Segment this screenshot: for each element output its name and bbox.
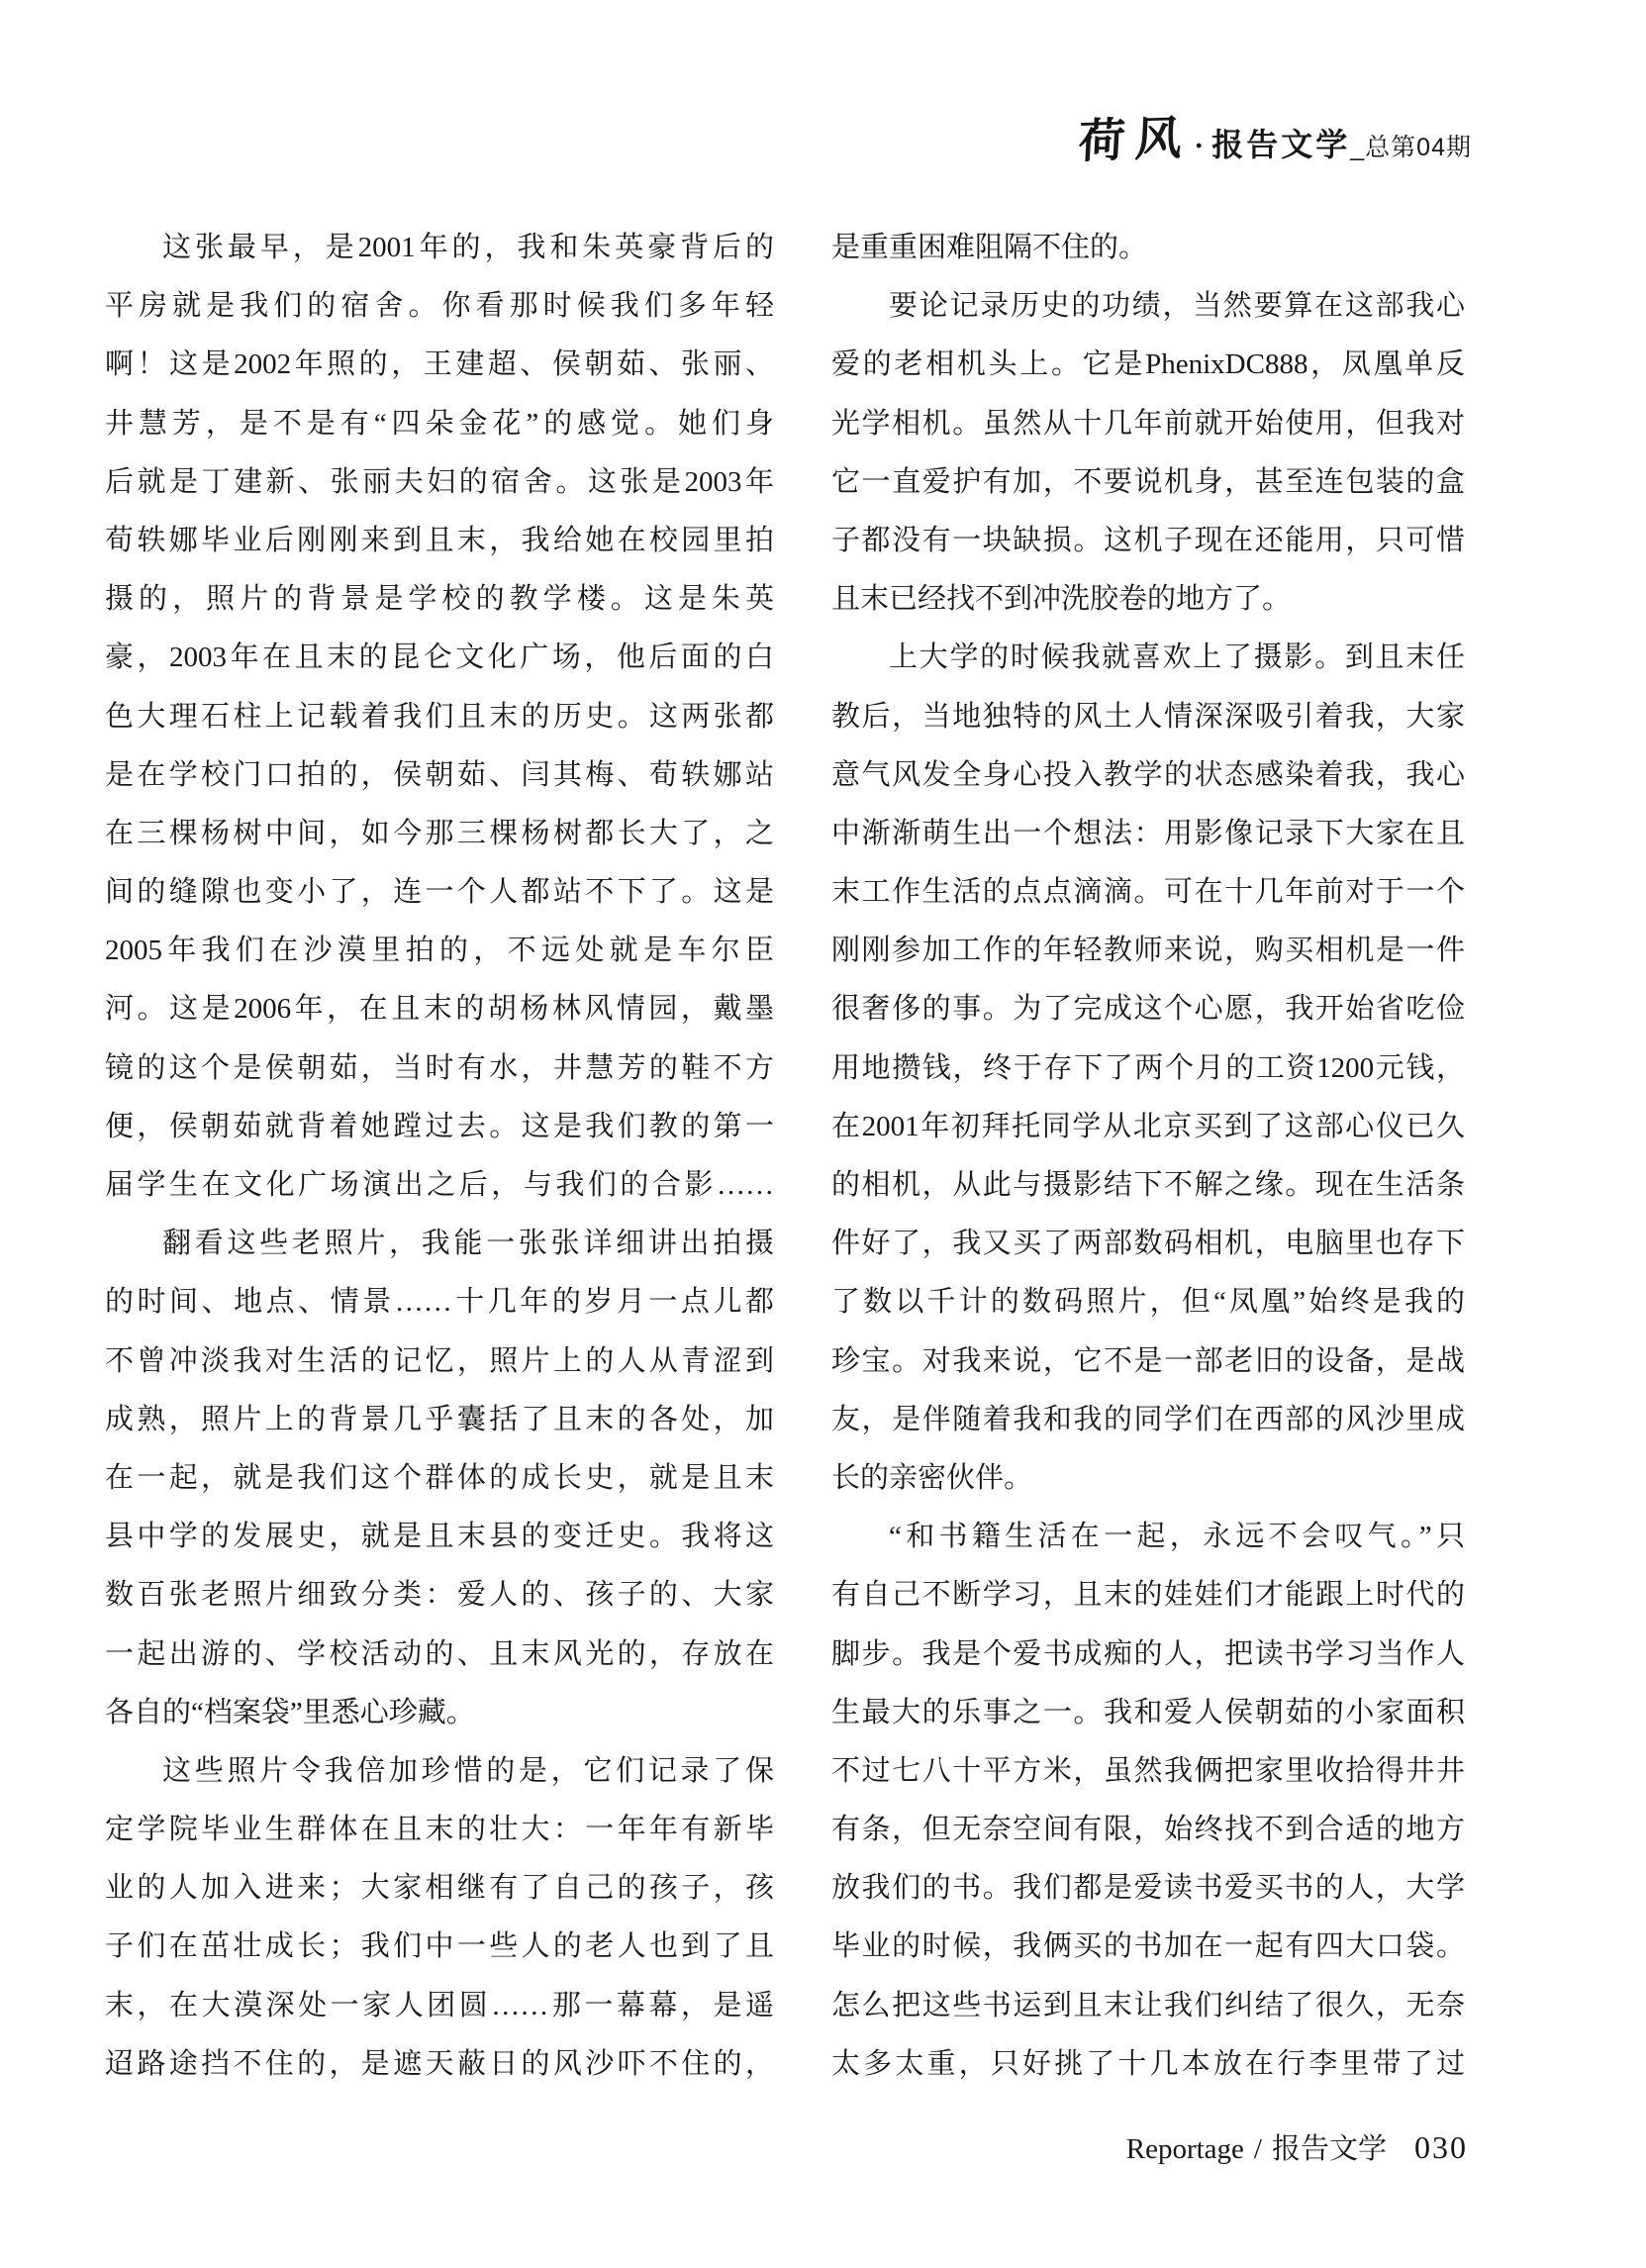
masthead: 荷风 · 报告文学 _总第04期 (1079, 103, 1472, 169)
masthead-issue-number: _总第04期 (1350, 128, 1472, 163)
footer-section-en: Reportage (1126, 2133, 1244, 2166)
text-line: 摄的，照片的背景是学校的教学楼。这是朱英 (105, 570, 774, 629)
text-line: 它一直爱护有加，不要说机身，甚至连包装的盒 (831, 453, 1465, 512)
text-line: 末，在大漠深处一家人团圆……那一幕幕，是遥 (105, 1977, 774, 2035)
text-line: 在2001年初拜托同学从北京买到了这部心仪已久 (831, 1098, 1465, 1156)
magazine-page: 荷风 · 报告文学 _总第04期 这张最早，是2001年的，我和朱英豪背后的 平… (0, 0, 1646, 2268)
text-line: 末工作生活的点点滴滴。可在十几年前对于一个 (831, 863, 1465, 922)
text-column-right: 是重重困难阻隔不住的。 要论记录历史的功绩，当然要算在这部我心 爱的老相机头上。… (831, 219, 1465, 2094)
text-line: 太多太重，只好挑了十几本放在行李里带了过 (831, 2035, 1465, 2094)
masthead-section-title: 报告文学 (1211, 120, 1350, 165)
text-line: 友，是伴随着我和我的同学们在西部的风沙里成 (831, 1391, 1465, 1449)
text-line: 各自的“档案袋”里悉心珍藏。 (105, 1684, 774, 1742)
text-line: 光学相机。虽然从十几年前就开始使用，但我对 (831, 395, 1465, 453)
text-line: 是在学校门口拍的，侯朝茹、闫其梅、荀轶娜站 (105, 746, 774, 805)
text-line: 用地攒钱，终于存下了两个月的工资1200元钱， (831, 1039, 1465, 1098)
text-line: 不过七八十平方米，虽然我俩把家里收拾得井井 (831, 1742, 1465, 1801)
text-line: 脚步。我是个爱书成痴的人，把读书学习当作人 (831, 1626, 1465, 1684)
text-line: 迢路途挡不住的，是遮天蔽日的风沙吓不住的， (105, 2035, 774, 2094)
text-line: 长的亲密伙伴。 (831, 1449, 1465, 1508)
text-line: 河。这是2006年，在且末的胡杨林风情园，戴墨 (105, 980, 774, 1038)
page-number: 030 (1414, 2129, 1468, 2166)
text-line: 成熟，照片上的背景几乎囊括了且末的各处，加 (105, 1391, 774, 1449)
text-line: 啊！这是2002年照的，王建超、侯朝茹、张丽、 (105, 336, 774, 394)
text-line: 定学院毕业生群体在且末的壮大：一年年有新毕 (105, 1801, 774, 1859)
text-line: 色大理石柱上记载着我们且末的历史。这两张都 (105, 688, 774, 746)
text-line: 平房就是我们的宿舍。你看那时候我们多年轻 (105, 277, 774, 336)
text-line: 有自己不断学习，且末的娃娃们才能跟上时代的 (831, 1566, 1465, 1625)
text-line: 且末已经找不到冲洗胶卷的地方了。 (831, 570, 1465, 629)
text-line: 2005年我们在沙漠里拍的，不远处就是车尔臣 (105, 922, 774, 980)
text-line: 届学生在文化广场演出之后，与我们的合影…… (105, 1156, 774, 1215)
text-line: 毕业的时候，我俩买的书加在一起有四大口袋。 (831, 1918, 1465, 1976)
text-line: 后就是丁建新、张丽夫妇的宿舍。这张是2003年 (105, 453, 774, 512)
page-footer: Reportage / 报告文学 030 (1126, 2126, 1468, 2167)
text-line: 中渐渐萌生出一个想法：用影像记录下大家在且 (831, 805, 1465, 863)
text-line: 的时间、地点、情景……十几年的岁月一点儿都 (105, 1273, 774, 1331)
text-line: 的相机，从此与摄影结下不解之缘。现在生活条 (831, 1156, 1465, 1215)
text-line: 在三棵杨树中间，如今那三棵杨树都长大了，之 (105, 805, 774, 863)
text-line: 这张最早，是2001年的，我和朱英豪背后的 (105, 219, 774, 277)
text-line: 上大学的时候我就喜欢上了摄影。到且末任 (831, 629, 1465, 687)
text-line: 很奢侈的事。为了完成这个心愿，我开始省吃俭 (831, 980, 1465, 1038)
text-line: 放我们的书。我们都是爱读书爱买书的人，大学 (831, 1859, 1465, 1918)
text-line: 怎么把这些书运到且末让我们纠结了很久，无奈 (831, 1977, 1465, 2035)
footer-separator: / (1254, 2133, 1262, 2166)
text-line: 便，侯朝茹就背着她蹚过去。这是我们教的第一 (105, 1098, 774, 1156)
text-line: 这些照片令我倍加珍惜的是，它们记录了保 (105, 1742, 774, 1801)
text-line: 有条，但无奈空间有限，始终找不到合适的地方 (831, 1801, 1465, 1859)
text-line: 井慧芳，是不是有“四朵金花”的感觉。她们身 (105, 395, 774, 453)
magazine-logo: 荷风 (1077, 101, 1194, 171)
text-line: 爱的老相机头上。它是PhenixDC888，凤凰单反 (831, 336, 1465, 394)
text-line: 县中学的发展史，就是且末县的变迁史。我将这 (105, 1508, 774, 1566)
text-line: “和书籍生活在一起，永远不会叹气。”只 (831, 1508, 1465, 1566)
text-line: 要论记录历史的功绩，当然要算在这部我心 (831, 277, 1465, 336)
text-line: 豪，2003年在且末的昆仑文化广场，他后面的白 (105, 629, 774, 687)
masthead-separator-dot: · (1194, 130, 1204, 163)
text-line: 镜的这个是侯朝茹，当时有水，井慧芳的鞋不方 (105, 1039, 774, 1098)
text-line: 翻看这些老照片，我能一张张详细讲出拍摄 (105, 1215, 774, 1273)
text-line: 间的缝隙也变小了，连一个人都站不下了。这是 (105, 863, 774, 922)
text-line: 在一起，就是我们这个群体的成长史，就是且末 (105, 1449, 774, 1508)
text-line: 是重重困难阻隔不住的。 (831, 219, 1465, 277)
text-column-left: 这张最早，是2001年的，我和朱英豪背后的 平房就是我们的宿舍。你看那时候我们多… (105, 219, 774, 2094)
text-line: 一起出游的、学校活动的、且末风光的，存放在 (105, 1626, 774, 1684)
footer-section-zh: 报告文学 (1272, 2126, 1387, 2167)
text-line: 荀轶娜毕业后刚刚来到且末，我给她在校园里拍 (105, 512, 774, 570)
text-line: 业的人加入进来；大家相继有了自己的孩子，孩 (105, 1859, 774, 1918)
text-line: 子们在茁壮成长；我们中一些人的老人也到了且 (105, 1918, 774, 1976)
text-line: 件好了，我又买了两部数码相机，电脑里也存下 (831, 1215, 1465, 1273)
text-line: 意气风发全身心投入教学的状态感染着我，我心 (831, 746, 1465, 805)
text-line: 教后，当地独特的风土人情深深吸引着我，大家 (831, 688, 1465, 746)
text-line: 数百张老照片细致分类：爱人的、孩子的、大家 (105, 1566, 774, 1625)
text-line: 珍宝。对我来说，它不是一部老旧的设备，是战 (831, 1332, 1465, 1391)
text-line: 不曾冲淡我对生活的记忆，照片上的人从青涩到 (105, 1332, 774, 1391)
text-line: 子都没有一块缺损。这机子现在还能用，只可惜 (831, 512, 1465, 570)
text-line: 生最大的乐事之一。我和爱人侯朝茹的小家面积 (831, 1684, 1465, 1742)
text-line: 刚刚参加工作的年轻教师来说，购买相机是一件 (831, 922, 1465, 980)
text-line: 了数以千计的数码照片，但“凤凰”始终是我的 (831, 1273, 1465, 1331)
